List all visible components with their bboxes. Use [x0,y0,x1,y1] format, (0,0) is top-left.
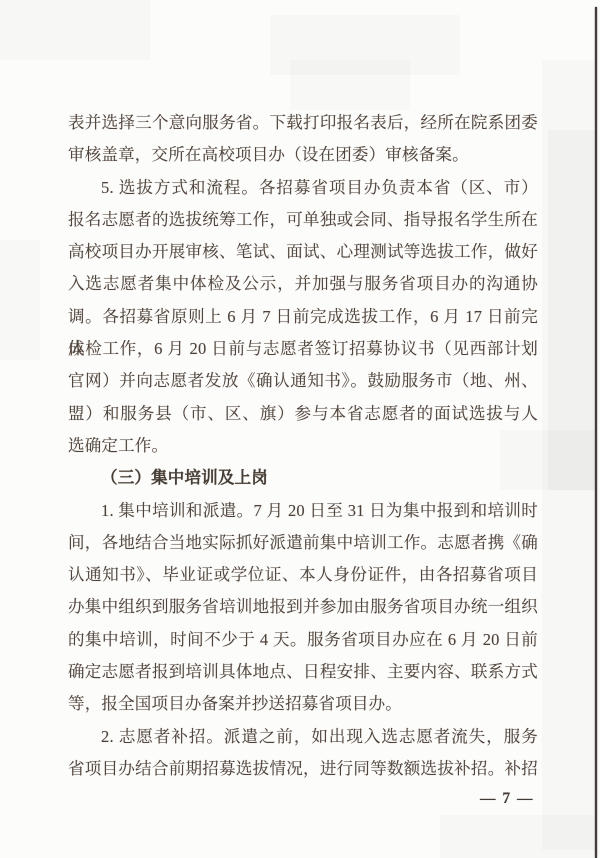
text-line: 的集中培训，时间不少于 4 天。服务省项目办应在 6 月 20 日前 [68,624,538,656]
text-line: 高校项目办开展审核、笔试、面试、心理测试等选拔工作，做好 [68,236,538,268]
text-line: 体检工作，6 月 20 日前与志愿者签订招募协议书（见西部计划 [68,333,538,365]
scan-edge-line [595,7,597,858]
text-line: 入选志愿者集中体检及公示，并加强与服务省项目办的沟通协 [68,268,538,300]
scan-noise [548,130,595,490]
text-line: 审核盖章，交所在高校项目办（设在团委）审核备案。 [68,139,538,171]
text-line: 报名志愿者的选拔统筹工作，可单独或会同、指导报名学生所在 [68,204,538,236]
document-body: 表并选择三个意向服务省。下载打印报名表后，经所在院系团委审核盖章，交所在高校项目… [68,107,538,785]
page-number: — 7 — [480,788,534,810]
text-line: 调。各招募省原则上 6 月 7 日前完成选拔工作，6 月 17 日前完成 [68,301,538,333]
text-line: 表并选择三个意向服务省。下载打印报名表后，经所在院系团委 [68,107,538,139]
scan-noise [270,15,460,75]
text-line: 认通知书》、毕业证或学位证、本人身份证件，由各招募省项目 [68,559,538,591]
text-line: 省项目办结合前期招募选拔情况，进行同等数额选拔补招。补招 [68,753,538,785]
text-line: 盟）和服务县（市、区、旗）参与本省志愿者的面试选拔与人 [68,398,538,430]
text-line: 选确定工作。 [68,430,538,462]
scan-noise [0,240,40,360]
text-line: 间，各地结合当地实际抓好派遣前集中培训工作。志愿者携《确 [68,527,538,559]
text-line: 官网）并向志愿者发放《确认通知书》。鼓励服务市（地、州、 [68,365,538,397]
text-line: 等，报全国项目办备案并抄送招募省项目办。 [68,688,538,720]
scan-noise [542,60,595,850]
text-line: 办集中组织到服务省培训地报到并参加由服务省项目办统一组织 [68,591,538,623]
text-line: 5. 选拔方式和流程。各招募省项目办负责本省（区、市） [68,172,538,204]
scan-noise [0,0,150,60]
text-line: 2. 志愿者补招。派遣之前，如出现入选志愿者流失，服务 [68,721,538,753]
text-line: （三）集中培训及上岗 [68,462,538,494]
text-line: 1. 集中培训和派遣。7 月 20 日至 31 日为集中报到和培训时 [68,495,538,527]
scan-noise [290,60,410,110]
document-page: 表并选择三个意向服务省。下载打印报名表后，经所在院系团委审核盖章，交所在高校项目… [0,0,600,858]
scan-noise [440,815,595,858]
text-line: 确定志愿者报到培训具体地点、日程安排、主要内容、联系方式 [68,656,538,688]
